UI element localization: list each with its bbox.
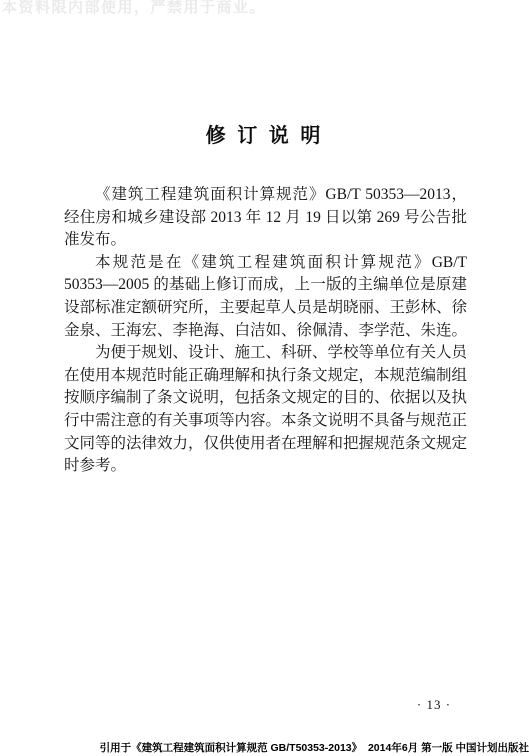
page-number: · 13 · xyxy=(402,697,466,713)
footer-citation: 引用于《建筑工程建筑面积计算规范 GB/T50353-2013》 2014年6月… xyxy=(100,740,529,755)
document-page: 本资料限内部使用，严禁用于商业。 修 订 说 明 《建筑工程建筑面积计算规范》G… xyxy=(0,0,529,756)
page-title: 修 订 说 明 xyxy=(0,119,529,148)
body-text: 《建筑工程建筑面积计算规范》GB/T 50353—2013，经住房和城乡建设部 … xyxy=(64,184,467,478)
paragraph-approval: 《建筑工程建筑面积计算规范》GB/T 50353—2013，经住房和城乡建设部 … xyxy=(64,184,467,252)
paragraph-previous-edition: 本规范是在《建筑工程建筑面积计算规范》GB/T 50353—2005 的基础上修… xyxy=(64,252,467,342)
internal-use-watermark: 本资料限内部使用，严禁用于商业。 xyxy=(2,0,266,17)
paragraph-explanation-purpose: 为便于规划、设计、施工、科研、学校等单位有关人员在使用本规范时能正确理解和执行条… xyxy=(64,342,467,478)
